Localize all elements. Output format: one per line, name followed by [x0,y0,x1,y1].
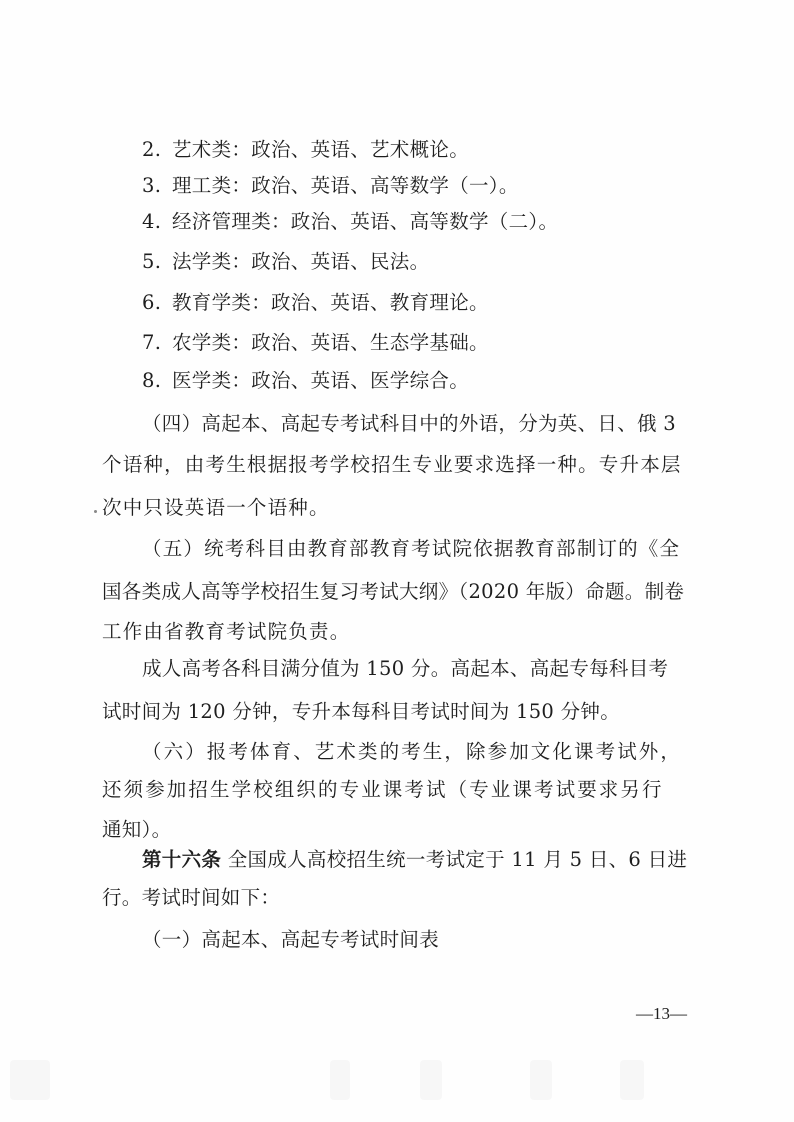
section5-line1: （五）统考科目由教育部教育考试院依据教育部制订的《全 [142,534,742,564]
section5-line3: 工作由省教育考试院负责。 [102,617,702,647]
scan-artifact [530,1060,552,1100]
subject-item-medicine: 8.医学类：政治、英语、医学综合。 [142,366,742,396]
subject-item-science-engineering: 3.理工类：政治、英语、高等数学（一）。 [142,171,742,201]
section6-line1: （六）报考体育、艺术类的考生，除参加文化课考试外， [142,737,742,767]
subject-item-economics-management: 4.经济管理类：政治、英语、高等数学（二）。 [142,207,742,237]
scan-artifact [620,1060,644,1100]
scores-line2: 试时间为 120 分钟，专升本每科目考试时间为 150 分钟。 [102,697,702,727]
item-number: 7. [142,328,172,358]
item-text: 艺术类：政治、英语、艺术概论。 [172,138,469,161]
article16-text: 全国成人高校招生统一考试定于 11 月 5 日、6 日进 [228,848,688,871]
item-text: 医学类：政治、英语、医学综合。 [172,369,469,392]
item-number: 4. [142,207,172,237]
article16-line1: 第十六条 全国成人高校招生统一考试定于 11 月 5 日、6 日进 [142,845,742,875]
item-text: 法学类：政治、英语、民法。 [172,250,429,273]
scan-artifact [420,1060,442,1100]
scores-line1: 成人高考各科目满分值为 150 分。高起本、高起专每科目考 [142,654,742,684]
subject-item-arts: 2.艺术类：政治、英语、艺术概论。 [142,135,742,165]
document-page: 2.艺术类：政治、英语、艺术概论。 3.理工类：政治、英语、高等数学（一）。 4… [0,0,794,1122]
section6-line2: 还须参加招生学校组织的专业课考试（专业课考试要求另行 [102,775,702,805]
subject-item-law: 5.法学类：政治、英语、民法。 [142,247,742,277]
item-number: 2. [142,135,172,165]
section4-line1: （四）高起本、高起专考试科目中的外语，分为英、日、俄 3 [142,409,742,439]
scan-artifact [330,1060,350,1100]
subject-item-education: 6.教育学类：政治、英语、教育理论。 [142,288,742,318]
section5-line2: 国各类成人高等学校招生复习考试大纲》（2020 年版）命题。制卷 [102,577,702,607]
scan-dot [94,510,97,513]
item-text: 理工类：政治、英语、高等数学（一）。 [172,174,519,197]
article16-line2: 行。考试时间如下： [102,883,702,913]
subject-item-agriculture: 7.农学类：政治、英语、生态学基础。 [142,328,742,358]
article16-subheading: （一）高起本、高起专考试时间表 [142,925,742,955]
item-text: 教育学类：政治、英语、教育理论。 [172,291,489,314]
item-number: 6. [142,288,172,318]
item-number: 8. [142,366,172,396]
item-number: 5. [142,247,172,277]
section6-line3: 通知）。 [102,815,702,845]
article-heading: 第十六条 [142,848,221,871]
item-text: 农学类：政治、英语、生态学基础。 [172,331,489,354]
scan-artifact [10,1060,50,1100]
item-text: 经济管理类：政治、英语、高等数学（二）。 [172,210,558,233]
item-number: 3. [142,171,172,201]
section4-line2: 个语种，由考生根据报考学校招生专业要求选择一种。专升本层 [102,450,702,480]
page-number: —13— [636,1002,687,1026]
section4-line3: 次中只设英语一个语种。 [102,493,702,523]
